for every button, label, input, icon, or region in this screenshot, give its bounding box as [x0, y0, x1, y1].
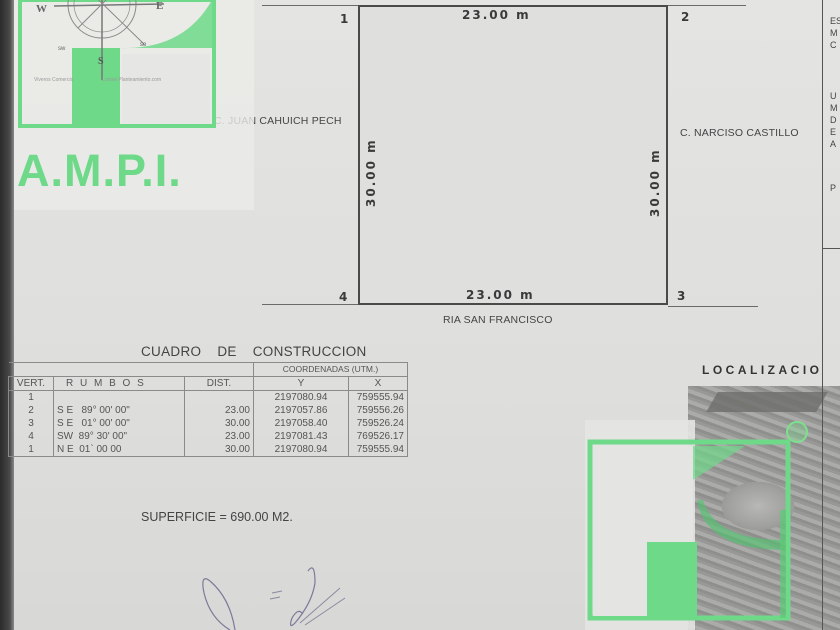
svg-text:S: S	[98, 56, 104, 67]
table-row: 3 S E 01° 00' 00" 30.00 2197058.40 75952…	[9, 417, 408, 430]
svg-text:sw: sw	[58, 46, 66, 52]
title-block-text-top: ES M C	[830, 15, 840, 51]
signature-scribble	[190, 563, 360, 630]
street-east-label: C. NARCISO CASTILLO	[680, 127, 799, 139]
header-vert: VERT.	[9, 377, 54, 391]
title-block-border	[822, 0, 823, 630]
header-y: Y	[254, 377, 349, 391]
ampi-brand-text: A.M.P.I.	[17, 145, 182, 197]
header-rumbos: R U M B O S	[54, 377, 185, 391]
table-row: 1 N E 01` 00 00 30.00 2197080.94 759555.…	[9, 443, 408, 457]
south-road-line-right	[668, 306, 758, 307]
south-road-line-left	[262, 304, 358, 305]
surface-area: SUPERFICIE = 690.00 M2.	[141, 510, 293, 524]
vertex-1-label: 1	[340, 12, 348, 26]
north-road-line-left	[262, 5, 358, 6]
dimension-top: 23.00 m	[462, 8, 531, 22]
river-area	[706, 392, 828, 412]
title-block-divider	[823, 248, 840, 249]
dimension-left: 30.00 m	[364, 137, 378, 207]
coords-header: COORDENADAS (UTM.)	[254, 363, 408, 377]
ampi-logo-watermark: W E S sw se Viveros Comercio Lonnie Plan…	[14, 0, 254, 210]
table-row: 4 SW 89° 30' 00" 23.00 2197081.43 769526…	[9, 430, 408, 443]
svg-text:Lonnie Planteamiento.com: Lonnie Planteamiento.com	[102, 77, 161, 83]
construction-table-title: CUADRO DE CONSTRUCCION	[141, 344, 367, 359]
ampi-logo-watermark-bottom	[585, 420, 795, 630]
title-block-text-bottom: P	[830, 182, 836, 194]
svg-text:E: E	[156, 0, 163, 12]
svg-text:Viveros Comercio: Viveros Comercio	[34, 77, 74, 83]
construction-table: COORDENADAS (UTM.) VERT. R U M B O S DIS…	[8, 362, 408, 457]
street-south-label: RIA SAN FRANCISCO	[443, 314, 553, 326]
svg-text:W: W	[36, 3, 47, 15]
dimension-right: 30.00 m	[648, 147, 662, 217]
header-x: X	[349, 377, 408, 391]
page-edge-shadow	[0, 0, 14, 630]
dimension-bottom: 23.00 m	[466, 288, 535, 302]
vertex-4-label: 4	[339, 290, 347, 304]
vertex-2-label: 2	[681, 10, 689, 24]
table-row: 2 S E 89° 00' 00" 23.00 2197057.86 75955…	[9, 404, 408, 417]
svg-text:se: se	[140, 42, 147, 48]
table-row: 1 2197080.94 759555.94	[9, 391, 408, 405]
location-map-title: LOCALIZACIO	[702, 363, 823, 377]
vertex-3-label: 3	[677, 289, 685, 303]
lot-polygon	[358, 5, 668, 305]
north-road-line-right	[668, 5, 746, 6]
header-dist: DIST.	[185, 377, 254, 391]
title-block-text-mid: U M D E A	[830, 90, 838, 150]
